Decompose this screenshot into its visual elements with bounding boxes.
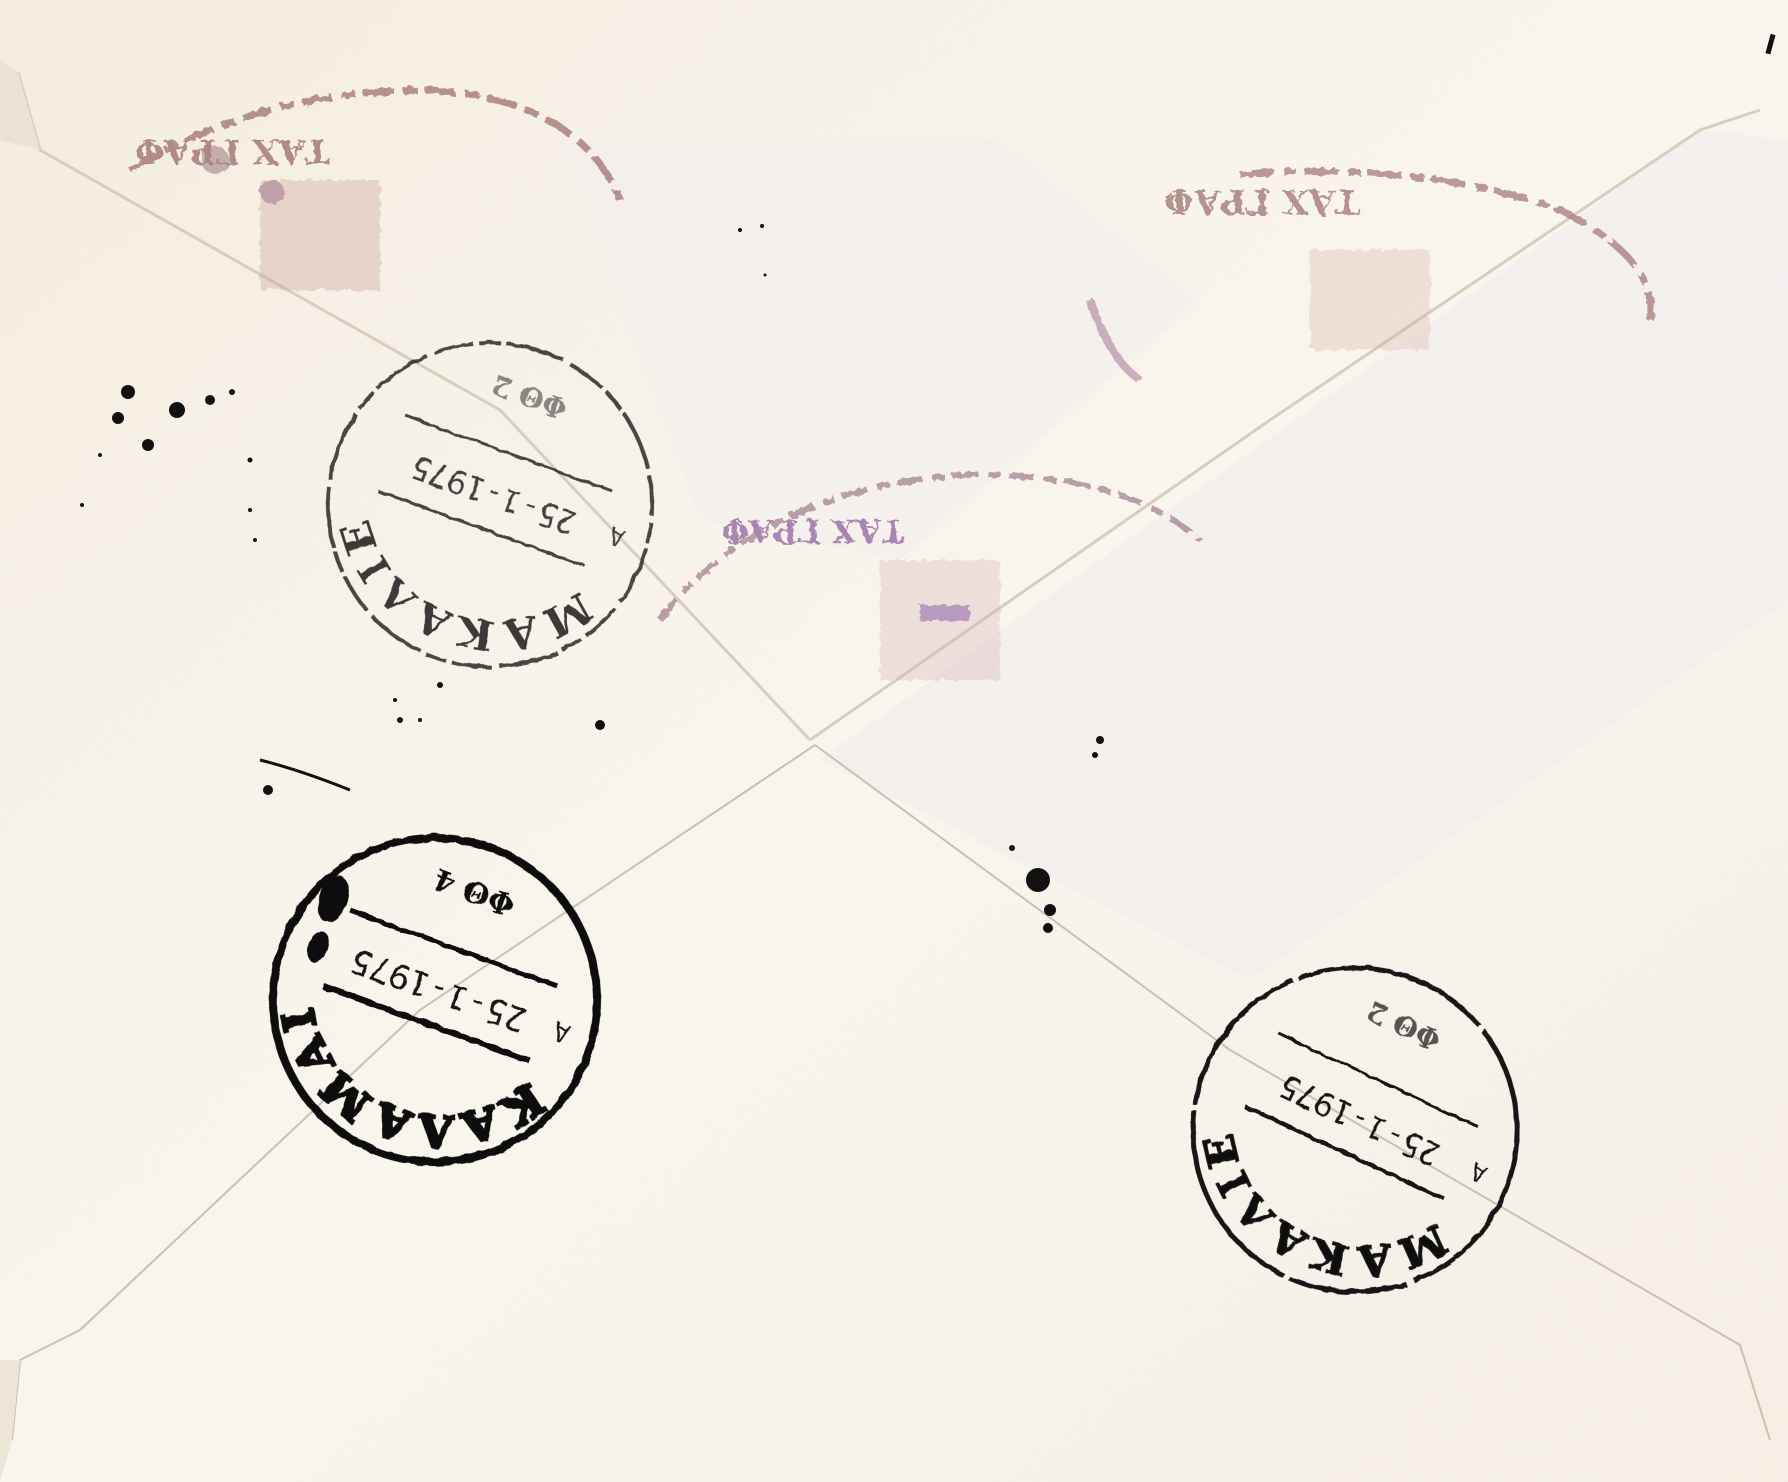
- svg-text:ΤΑΧ ΓΡΑΦ: ΤΑΧ ΓΡΑΦ: [721, 512, 905, 550]
- envelope: ΤΑΧ ΓΡΑΦ ΤΑΧ ΓΡΑΦ ΤΑΧ ΓΡΑΦ ΜΑΚΑΛΙΕ: [0, 0, 1788, 1482]
- svg-text:ΤΑΧ ΓΡΑΦ: ΤΑΧ ΓΡΑΦ: [1164, 181, 1360, 221]
- svg-text:ΤΑΧ ΓΡΑΦ: ΤΑΧ ΓΡΑΦ: [134, 131, 330, 171]
- envelope-back-photo: ΤΑΧ ΓΡΑΦ ΤΑΧ ΓΡΑΦ ΤΑΧ ΓΡΑΦ ΜΑΚΑΛΙΕ: [0, 0, 1788, 1482]
